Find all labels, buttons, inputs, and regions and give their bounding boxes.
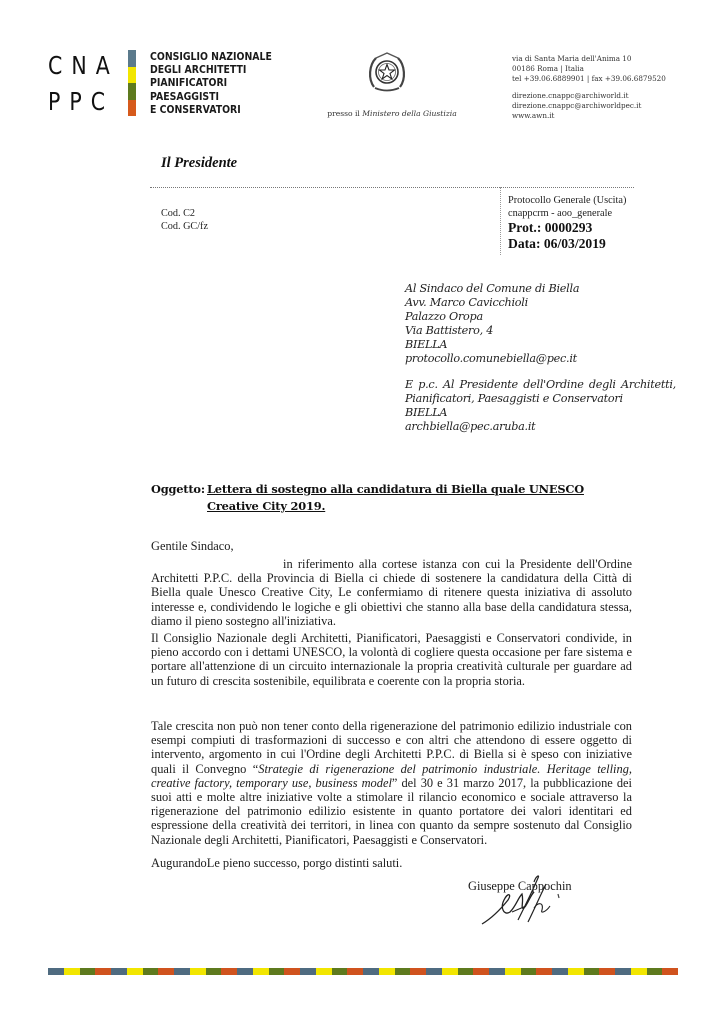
footer-bar-segment: [190, 968, 206, 975]
footer-bar-segment: [631, 968, 647, 975]
president-title: Il Presidente: [161, 155, 237, 172]
logo-row-1: CNA: [48, 48, 107, 84]
footer-bar-segment: [442, 968, 458, 975]
footer-bar-segment: [599, 968, 615, 975]
logo-bar-segment: [128, 50, 136, 67]
paragraph-3: Tale crescita non può non tener conto de…: [151, 719, 632, 847]
footer-bar-segment: [300, 968, 316, 975]
cnappc-logo-letters: CNA PPC: [48, 48, 107, 120]
website-link[interactable]: www.awn.it: [512, 111, 666, 121]
footer-bar-segment: [489, 968, 505, 975]
subject-label: Oggetto:: [151, 481, 207, 498]
footer-bar-segment: [64, 968, 80, 975]
recipient-line: Palazzo Oropa: [405, 310, 676, 324]
footer-bar-segment: [536, 968, 552, 975]
footer-bar-segment: [363, 968, 379, 975]
footer-bar-segment: [316, 968, 332, 975]
logo-bar-segment: [128, 83, 136, 100]
recipient-line: BIELLA: [405, 338, 676, 352]
paragraph-2: Il Consiglio Nazionale degli Architetti,…: [151, 631, 632, 688]
pec-email-link[interactable]: direzione.cnappc@archiworldpec.it: [512, 101, 666, 111]
footer-bar-segment: [111, 968, 127, 975]
protocol-date: Data: 06/03/2019: [508, 236, 626, 252]
italian-republic-emblem-icon: [366, 49, 408, 95]
footer-bar-segment: [284, 968, 300, 975]
protocol-stamp: Protocollo Generale (Uscita) cnappcrm - …: [508, 195, 626, 252]
paragraph-1: in riferimento alla cortese istanza con …: [151, 557, 632, 628]
footer-bar-segment: [426, 968, 442, 975]
footer-bar-segment: [332, 968, 348, 975]
footer-bar-segment: [473, 968, 489, 975]
footer-bar-segment: [662, 968, 678, 975]
footer-bar-segment: [395, 968, 411, 975]
email-link[interactable]: direzione.cnappc@archiworld.it: [512, 91, 666, 101]
protocol-aoo: cnappcrm - aoo_generale: [508, 208, 626, 221]
footer-bar-segment: [80, 968, 96, 975]
protocol-number: Prot.: 0000293: [508, 220, 626, 236]
footer-bar-segment: [347, 968, 363, 975]
logo-bar-segment: [128, 100, 136, 117]
org-name-line: CONSIGLIO NAZIONALE: [150, 51, 272, 64]
footer-bar-segment: [552, 968, 568, 975]
footer-bar-segment: [410, 968, 426, 975]
greeting: Gentile Sindaco,: [151, 539, 234, 554]
footer-color-bar: [48, 968, 678, 975]
footer-bar-segment: [48, 968, 64, 975]
phone-line: tel +39.06.6889901 | fax +39.06.6879520: [512, 74, 666, 84]
cc-email[interactable]: archbiella@pec.aruba.it: [405, 420, 676, 434]
org-name-line: E CONSERVATORI: [150, 104, 272, 117]
footer-bar-segment: [584, 968, 600, 975]
recipients-block: Al Sindaco del Comune di Biella Avv. Mar…: [405, 282, 676, 434]
header-divider: [150, 187, 634, 188]
subject-text-2: Creative City 2019.: [207, 499, 325, 513]
footer-bar-segment: [95, 968, 111, 975]
footer-bar-segment: [458, 968, 474, 975]
footer-bar-segment: [379, 968, 395, 975]
handwritten-signature-icon: [478, 872, 568, 930]
footer-bar-segment: [505, 968, 521, 975]
footer-bar-segment: [647, 968, 663, 975]
protocol-divider: [500, 187, 501, 255]
logo-bar-segment: [128, 67, 136, 84]
cc-recipient: E p.c. Al Presidente dell'Ordine degli A…: [405, 378, 676, 406]
recipient-line: Avv. Marco Cavicchioli: [405, 296, 676, 310]
footer-bar-segment: [143, 968, 159, 975]
closing: AugurandoLe pieno successo, porgo distin…: [151, 856, 632, 870]
address-line: via di Santa Maria dell'Anima 10: [512, 54, 666, 64]
contact-block: via di Santa Maria dell'Anima 10 00186 R…: [512, 54, 666, 121]
footer-bar-segment: [221, 968, 237, 975]
footer-bar-segment: [568, 968, 584, 975]
recipient-line: Al Sindaco del Comune di Biella: [405, 282, 676, 296]
city-line: 00186 Roma | Italia: [512, 64, 666, 74]
recipient-line: Via Battistero, 4: [405, 324, 676, 338]
code-1: Cod. C2: [161, 207, 208, 220]
ministry-prefix: presso il: [327, 109, 362, 118]
footer-bar-segment: [174, 968, 190, 975]
footer-bar-segment: [158, 968, 174, 975]
footer-bar-segment: [269, 968, 285, 975]
ministry-caption: presso il Ministero della Giustizia: [324, 109, 460, 118]
footer-bar-segment: [127, 968, 143, 975]
reference-codes: Cod. C2 Cod. GC/fz: [161, 207, 208, 233]
subject-line: Oggetto:Lettera di sostegno alla candida…: [151, 481, 631, 515]
ministry-name: Ministero della Giustizia: [362, 109, 456, 118]
footer-bar-segment: [206, 968, 222, 975]
footer-bar-segment: [253, 968, 269, 975]
code-2: Cod. GC/fz: [161, 220, 208, 233]
subject-text-1: Lettera di sostegno alla candidatura di …: [207, 482, 584, 496]
organization-name: CONSIGLIO NAZIONALEDEGLI ARCHITETTIPIANI…: [150, 51, 272, 117]
protocol-register: Protocollo Generale (Uscita): [508, 195, 626, 208]
recipient-email[interactable]: protocollo.comunebiella@pec.it: [405, 352, 676, 366]
footer-bar-segment: [521, 968, 537, 975]
org-name-line: PAESAGGISTI: [150, 91, 272, 104]
org-name-line: PIANIFICATORI: [150, 77, 272, 90]
cc-city: BIELLA: [405, 406, 676, 420]
logo-row-2: PPC: [48, 84, 107, 120]
footer-bar-segment: [237, 968, 253, 975]
logo-color-bar: [128, 50, 136, 116]
org-name-line: DEGLI ARCHITETTI: [150, 64, 272, 77]
footer-bar-segment: [615, 968, 631, 975]
